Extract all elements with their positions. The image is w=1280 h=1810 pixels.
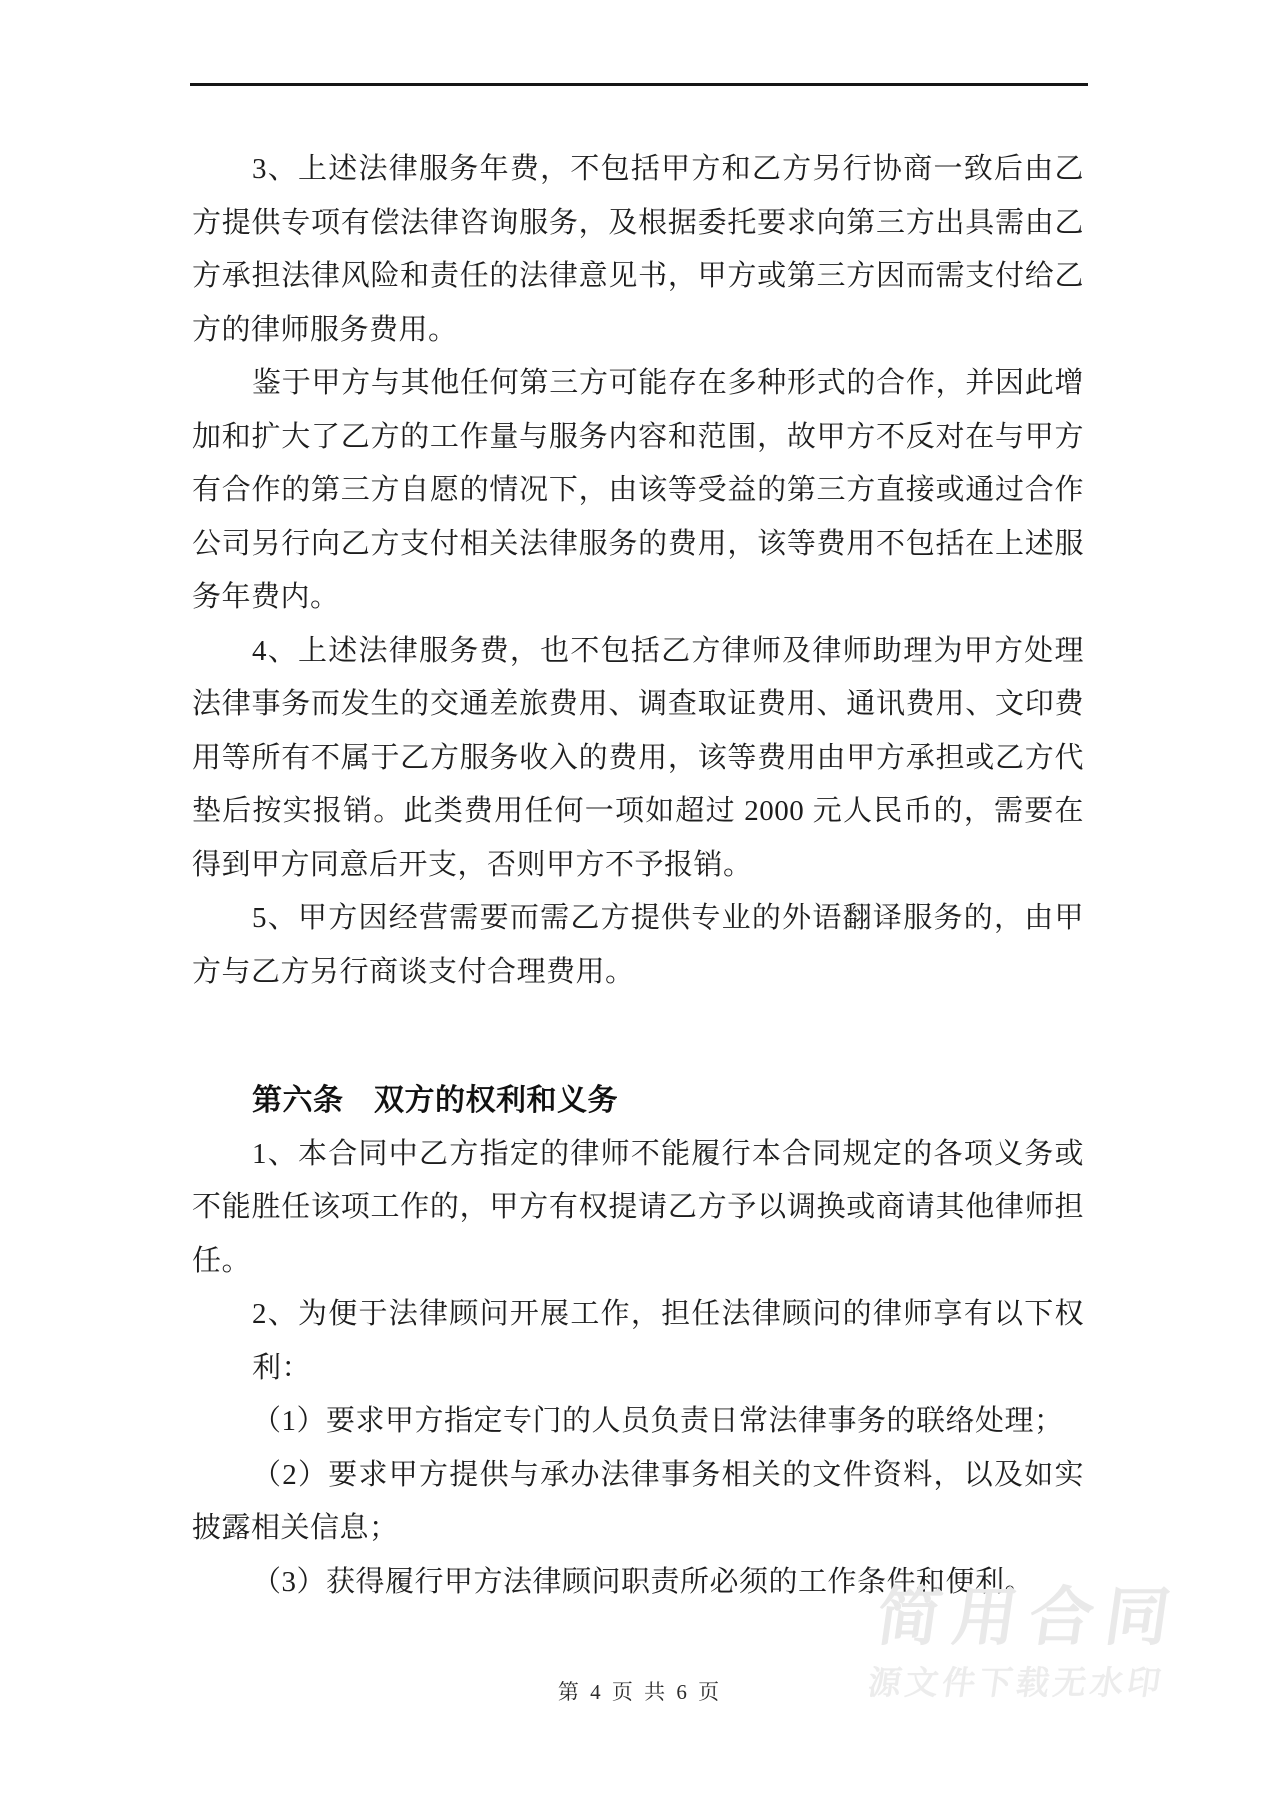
- paragraph-4-line-5: 得到甲方同意后开支，否则甲方不予报销。: [192, 839, 1084, 893]
- subitem-2-line-2: 披露相关信息；: [192, 1502, 1084, 1556]
- paragraph-jianyu-line-4: 公司另行向乙方支付相关法律服务的费用，该等费用不包括在上述服: [192, 518, 1084, 572]
- paragraph-5-line-2: 方与乙方另行商谈支付合理费用。: [192, 946, 1084, 1000]
- contract-page: 3、上述法律服务年费，不包括甲方和乙方另行协商一致后由乙 方提供专项有偿法律咨询…: [0, 0, 1280, 1810]
- section-heading-article-6: 第六条 双方的权利和义务: [192, 1074, 1084, 1128]
- paragraph-5-line-1: 5、甲方因经营需要而需乙方提供专业的外语翻译服务的，由甲: [192, 892, 1084, 946]
- clause-1-line-3: 任。: [192, 1235, 1084, 1289]
- subitem-1-line: （1）要求甲方指定专门的人员负责日常法律事务的联络处理；: [192, 1395, 1084, 1449]
- paragraph-4-line-3: 用等所有不属于乙方服务收入的费用，该等费用由甲方承担或乙方代: [192, 732, 1084, 786]
- paragraph-3-line-2: 方提供专项有偿法律咨询服务，及根据委托要求向第三方出具需由乙: [192, 197, 1084, 251]
- paragraph-jianyu-line-2: 加和扩大了乙方的工作量与服务内容和范围，故甲方不反对在与甲方: [192, 411, 1084, 465]
- clause-1-line-2: 不能胜任该项工作的，甲方有权提请乙方予以调换或商请其他律师担: [192, 1181, 1084, 1235]
- paragraph-3-line-4: 方的律师服务费用。: [192, 304, 1084, 358]
- subitem-2-line-1: （2）要求甲方提供与承办法律事务相关的文件资料，以及如实: [192, 1449, 1084, 1503]
- paragraph-jianyu-line-5: 务年费内。: [192, 571, 1084, 625]
- clause-2-line-2: 利：: [192, 1342, 1084, 1396]
- subitem-3-line: （3）获得履行甲方法律顾问职责所必须的工作条件和便利。: [192, 1556, 1084, 1610]
- document-body: 3、上述法律服务年费，不包括甲方和乙方另行协商一致后由乙 方提供专项有偿法律咨询…: [192, 143, 1084, 1609]
- page-footer: 第 4 页 共 6 页: [0, 1676, 1280, 1706]
- paragraph-4-line-2: 法律事务而发生的交通差旅费用、调查取证费用、通讯费用、文印费: [192, 678, 1084, 732]
- clause-2-line-1: 2、为便于法律顾问开展工作，担任法律顾问的律师享有以下权: [192, 1288, 1084, 1342]
- header-rule: [190, 83, 1088, 86]
- section-gap: [192, 999, 1084, 1074]
- paragraph-3-line-3: 方承担法律风险和责任的法律意见书，甲方或第三方因而需支付给乙: [192, 250, 1084, 304]
- paragraph-3-line-1: 3、上述法律服务年费，不包括甲方和乙方另行协商一致后由乙: [192, 143, 1084, 197]
- page-number-label: 第 4 页 共 6 页: [558, 1680, 722, 1704]
- clause-1-line-1: 1、本合同中乙方指定的律师不能履行本合同规定的各项义务或: [192, 1128, 1084, 1182]
- paragraph-4-line-4: 垫后按实报销。此类费用任何一项如超过 2000 元人民币的，需要在: [192, 785, 1084, 839]
- paragraph-4-line-1: 4、上述法律服务费，也不包括乙方律师及律师助理为甲方处理: [192, 625, 1084, 679]
- paragraph-jianyu-line-3: 有合作的第三方自愿的情况下，由该等受益的第三方直接或通过合作: [192, 464, 1084, 518]
- paragraph-jianyu-line-1: 鉴于甲方与其他任何第三方可能存在多种形式的合作，并因此增: [192, 357, 1084, 411]
